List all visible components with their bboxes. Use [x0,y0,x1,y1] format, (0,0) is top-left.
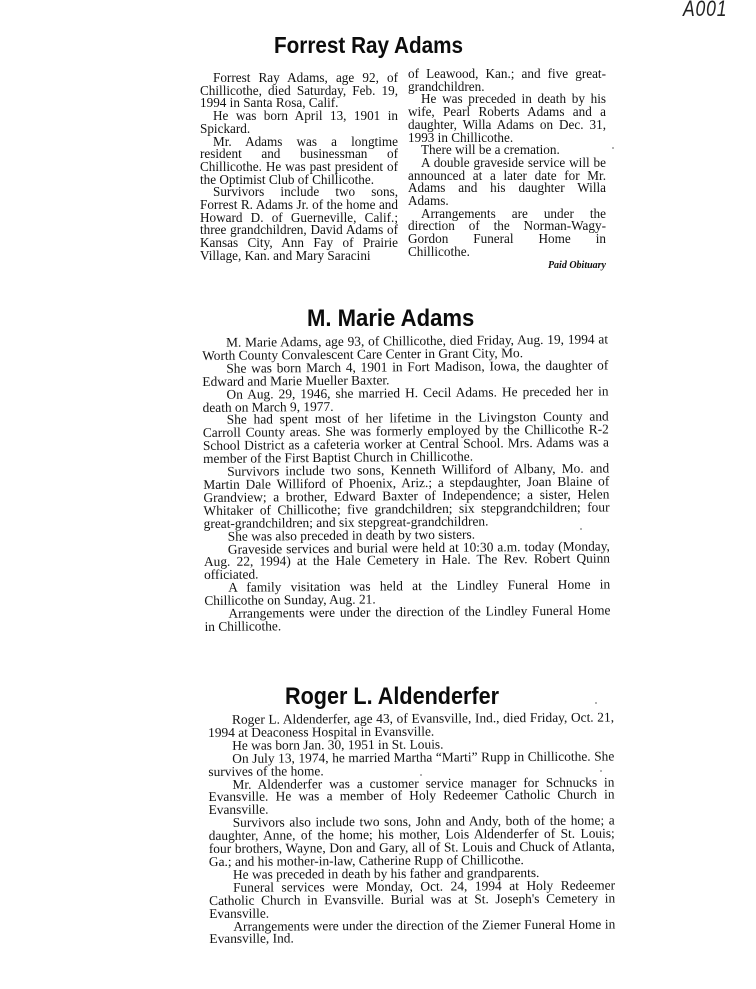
obituary-2-headline: M. Marie Adams [307,305,474,333]
scan-speck [580,528,582,530]
paragraph: of Leawood, Kan.; and five great-grandch… [408,68,606,93]
obituary-2-body: M. Marie Adams, age 93, of Chillicothe, … [202,333,611,633]
paragraph: Arrangements are under the direction of … [408,208,606,259]
obituary-3-body: Roger L. Aldenderfer, age 43, of Evansvi… [208,712,615,947]
obituary-1-column-left: Forrest Ray Adams, age 92, of Chillicoth… [200,72,398,263]
scan-speck [420,774,422,776]
paragraph: Arrangements were under the direction of… [204,604,610,633]
scan-speck [410,175,412,177]
paragraph: Funeral services were Monday, Oct. 24, 1… [209,879,615,920]
paragraph: Mr. Aldenderfer was a customer service m… [208,776,614,817]
paragraph: A double graveside service will be annou… [408,157,606,208]
scan-speck [612,147,614,149]
paragraph: Forrest Ray Adams, age 92, of Chillicoth… [200,72,398,110]
paragraph: She had spent most of her lifetime in th… [203,411,609,466]
paragraph: Mr. Adams was a longtime resident and bu… [200,136,398,187]
obituary-1-headline: Forrest Ray Adams [274,32,463,59]
scan-speck [595,702,597,704]
paragraph: He was preceded in death by his wife, Pe… [408,93,606,144]
paragraph: Survivors include two sons, Kenneth Will… [203,463,610,531]
handwritten-page-label: A001 [683,0,727,22]
paragraph: Survivors include two sons, Forrest R. A… [200,186,398,262]
paragraph: Roger L. Aldenderfer, age 43, of Evansvi… [208,712,614,740]
obituary-3-headline: Roger L. Aldenderfer [285,683,499,711]
paragraph: He was born April 13, 1901 in Spickard. [200,110,398,135]
obituary-1-column-right: of Leawood, Kan.; and five great-grandch… [408,68,606,271]
scan-speck [600,770,602,772]
paid-obituary-signature: Paid Obituary [408,260,606,271]
paragraph: Graveside services and burial were held … [204,540,610,582]
paragraph: Arrangements were under the direction of… [209,918,615,946]
paragraph: Survivors also include two sons, John an… [209,815,615,869]
